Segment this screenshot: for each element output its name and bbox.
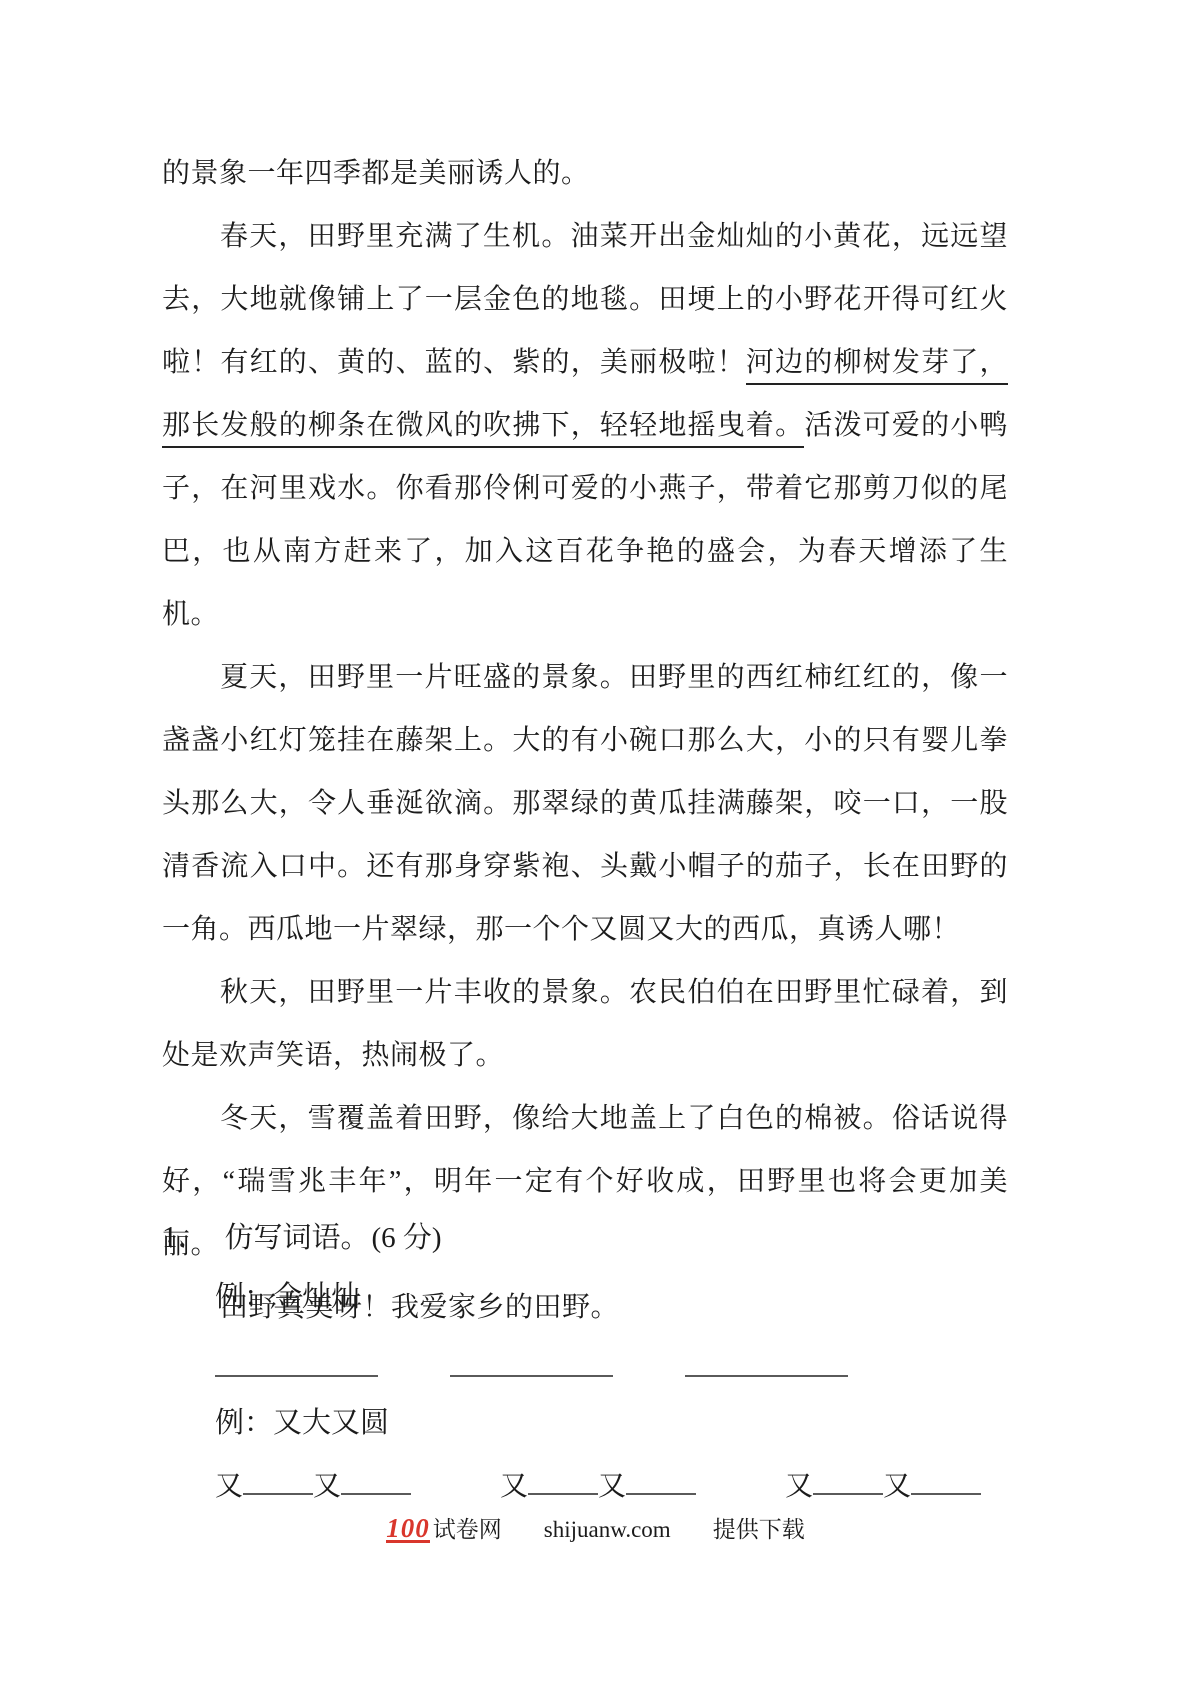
answer-blank [450, 1345, 613, 1377]
question-number: 1． [162, 1219, 209, 1254]
answer-blank-row [215, 1345, 848, 1382]
footer-download-note: 提供下载 [713, 1517, 805, 1542]
question-1: 1．仿写词语。(6 分) [162, 1205, 442, 1270]
you-blank-row: 又又 又又 又又 [215, 1467, 981, 1505]
passage-text: 夏天，田野里一片旺盛的景象。田野里的西红柿红红的，像一盏盏小红灯笼挂在藤架上。大… [162, 662, 1008, 945]
answer-blank [215, 1345, 378, 1377]
page-footer: 100试卷网shijuanw.com提供下载 [0, 1513, 1191, 1547]
you-char: 又 [785, 1471, 813, 1502]
question-title: 仿写词语。 [225, 1222, 370, 1254]
answer-blank [685, 1345, 848, 1377]
you-blank [341, 1467, 411, 1495]
reading-passage: 的景象一年四季都是美丽诱人的。 春天，田野里充满了生机。油菜开出金灿灿的小黄花，… [162, 142, 1008, 1339]
passage-text: 秋天，田野里一片丰收的景象。农民伯伯在田野里忙碌着，到处是欢声笑语，热闹极了。 [162, 977, 1008, 1071]
you-group: 又又 [785, 1467, 981, 1505]
passage-paragraph: 夏天，田野里一片旺盛的景象。田野里的西红柿红红的，像一盏盏小红灯笼挂在藤架上。大… [162, 646, 1008, 961]
you-blank [813, 1467, 883, 1495]
you-char: 又 [500, 1471, 528, 1502]
worksheet-page: 的景象一年四季都是美丽诱人的。 春天，田野里充满了生机。油菜开出金灿灿的小黄花，… [0, 0, 1191, 1684]
you-char: 又 [598, 1471, 626, 1502]
you-group: 又又 [215, 1467, 411, 1505]
you-char: 又 [215, 1471, 243, 1502]
passage-text: 的景象一年四季都是美丽诱人的。 [162, 158, 590, 189]
shijuanw-logo-text: 试卷网 [433, 1517, 502, 1542]
you-char: 又 [883, 1471, 911, 1502]
passage-paragraph: 秋天，田野里一片丰收的景象。农民伯伯在田野里忙碌着，到处是欢声笑语，热闹极了。 [162, 961, 1008, 1087]
passage-paragraph: 春天，田野里充满了生机。油菜开出金灿灿的小黄花，远远望去，大地就像铺上了一层金色… [162, 205, 1008, 646]
shijuanw-logo-100: 100 [386, 1516, 430, 1543]
footer-domain: shijuanw.com [544, 1517, 671, 1542]
passage-paragraph: 的景象一年四季都是美丽诱人的。 [162, 142, 1008, 205]
you-blank [243, 1467, 313, 1495]
you-blank [528, 1467, 598, 1495]
question-points: (6 分) [372, 1222, 442, 1254]
example-you-pattern: 例：又大又圆 [215, 1392, 389, 1455]
you-group: 又又 [500, 1467, 696, 1505]
you-blank [911, 1467, 981, 1495]
you-char: 又 [313, 1471, 341, 1502]
you-blank [626, 1467, 696, 1495]
example-reduplication: 例：金灿灿 [215, 1266, 360, 1329]
